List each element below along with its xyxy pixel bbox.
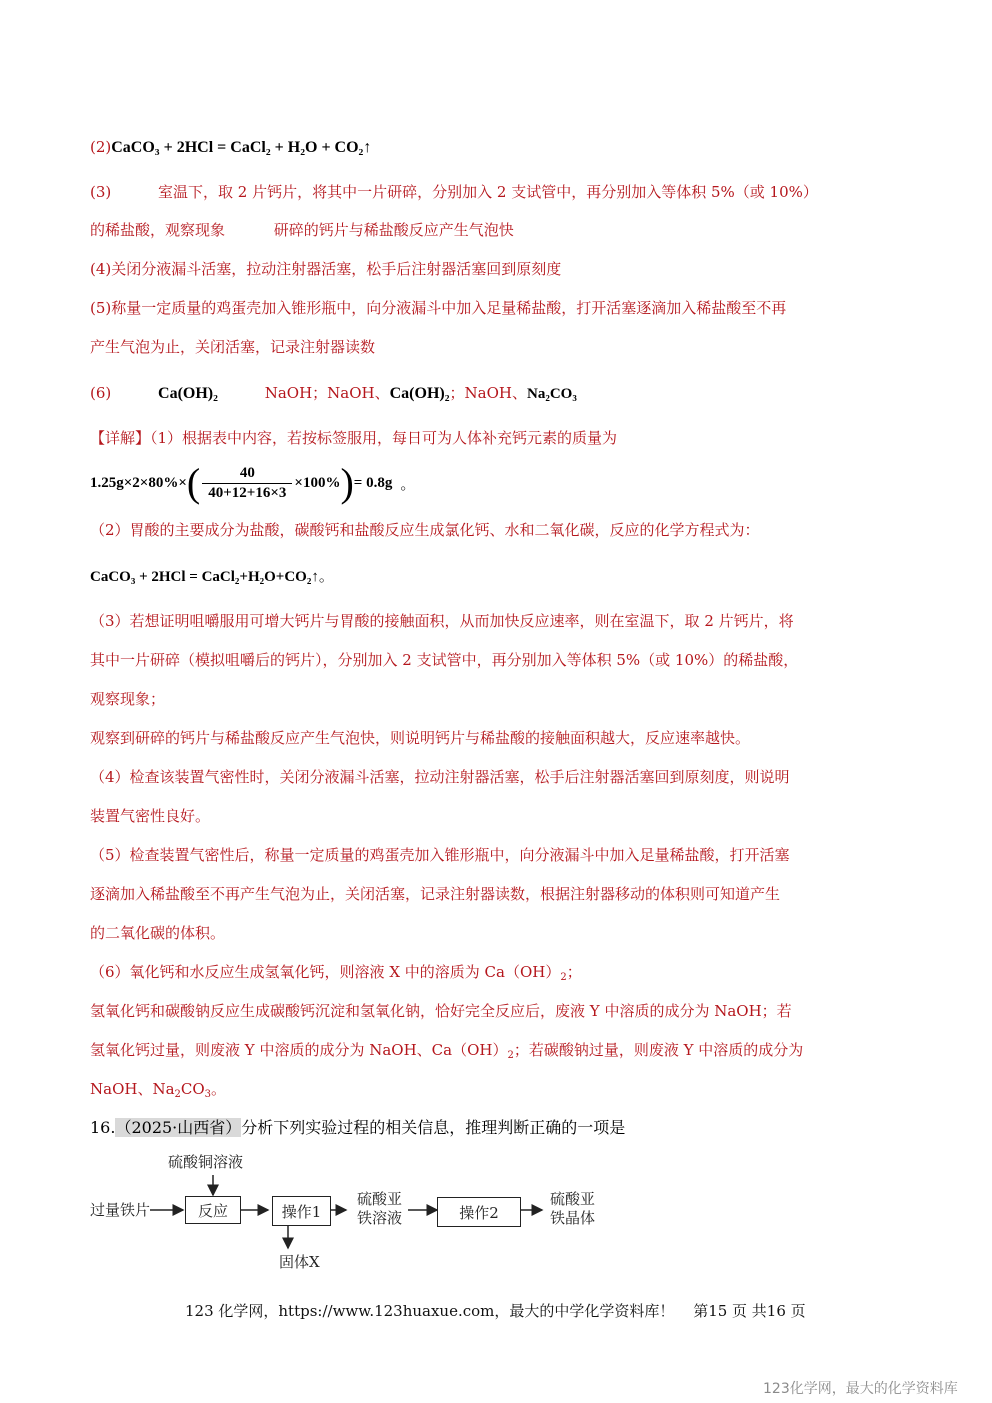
- explanation-5-line3: 的二氧化碳的体积。: [90, 923, 225, 943]
- page-footer: 123 化学网，https://www.123huaxue.com，最大的中学化…: [185, 1300, 806, 1321]
- mid-label-line1: 硫酸亚: [357, 1190, 402, 1209]
- fraction-denominator: 40+12+16×3: [202, 484, 292, 502]
- formula-fraction: 40 40+12+16×3: [202, 465, 292, 502]
- explanation-6-line1: （6）氧化钙和水反应生成氢氧化钙，则溶液 X 中的溶质为 Ca（OH）2；: [90, 962, 582, 982]
- explanation-6-text4c: CO: [181, 1080, 205, 1098]
- footer-page-info: 第15 页 共16 页: [693, 1302, 805, 1320]
- explanation-6-text4e: 。: [211, 1080, 226, 1098]
- explanation-1-text: （1）根据表中内容，若按标签服用，每日可为人体补充钙元素的质量为: [150, 429, 617, 447]
- explanation-6-text4a: NaOH、Na: [90, 1080, 175, 1098]
- input-copper-sulfate: 硫酸铜溶液: [168, 1153, 243, 1172]
- answer-6-part-b: Ca(OH)₂: [390, 385, 450, 402]
- explanation-5-line1: （5）检查装置气密性后，称量一定质量的鸡蛋壳加入锥形瓶中，向分液漏斗中加入足量稀…: [90, 845, 790, 865]
- paren-close: ): [340, 463, 353, 503]
- box-operation-1: 操作1: [272, 1196, 331, 1226]
- answer-6-part-c: ；NaOH、: [450, 384, 527, 402]
- explanation-3-line4: 观察到研碎的钙片与稀盐酸反应产生气泡快，则说明钙片与稀盐酸的接触面积越大，反应速…: [90, 728, 750, 748]
- final-label-line1: 硫酸亚: [550, 1190, 595, 1209]
- answer-6-label: (6): [90, 384, 111, 402]
- answer-3-line1: (3) 室温下，取 2 片钙片，将其中一片研碎，分别加入 2 支试管中，再分别加…: [90, 182, 818, 202]
- box-reaction: 反应: [185, 1196, 241, 1224]
- answer-2-label: (2): [90, 138, 111, 156]
- explanation-6-line4: NaOH、Na2CO3。: [90, 1079, 226, 1099]
- answer-3-text2a: 的稀盐酸，观察现象: [90, 221, 225, 239]
- answer-3-text2b: 研碎的钙片与稀盐酸反应产生气泡快: [274, 221, 514, 239]
- answer-3-line2: 的稀盐酸，观察现象 研碎的钙片与稀盐酸反应产生气泡快: [90, 220, 514, 240]
- mid-label-line2: 铁溶液: [357, 1209, 402, 1228]
- explanation-6-line3: 氢氧化钙过量，则废液 Y 中溶质的成分为 NaOH、Ca（OH）2；若碳酸钠过量…: [90, 1040, 803, 1060]
- answer-2-equation: CaCO₃ + 2HCl = CaCl₂ + H₂O + CO₂↑: [111, 139, 371, 156]
- calcium-mass-formula: 1.25g×2×80%× ( 40 40+12+16×3 ×100% ) = 0…: [90, 458, 415, 508]
- explanation-6-text3a: 氢氧化钙过量，则废液 Y 中溶质的成分为 NaOH、Ca（OH）: [90, 1041, 507, 1059]
- paren-open: (: [187, 463, 200, 503]
- output-solid-x: 固体X: [279, 1253, 320, 1272]
- answer-2: (2)CaCO₃ + 2HCl = CaCl₂ + H₂O + CO₂↑: [90, 137, 371, 158]
- answer-5-line1: (5)称量一定质量的鸡蛋壳加入锥形瓶中，向分液漏斗中加入足量稀盐酸，打开活塞逐滴…: [90, 298, 786, 318]
- formula-end: 。: [400, 473, 415, 494]
- question-16: 16.（2025·山西省）分析下列实验过程的相关信息，推理判断正确的一项是: [90, 1118, 625, 1138]
- explanation-3-line1: （3）若想证明咀嚼服用可增大钙片与胃酸的接触面积，从而加快反应速率，则在室温下，…: [90, 611, 794, 631]
- explanation-4-line1: （4）检查该装置气密性时，关闭分液漏斗活塞，拉动注射器活塞，松手后注射器活塞回到…: [90, 767, 790, 787]
- explanation-2-end: 。: [319, 567, 334, 585]
- answer-6-part-d: Na₂CO₃: [527, 386, 577, 402]
- question-source: （2025·山西省）: [115, 1118, 241, 1137]
- final-label-line2: 铁晶体: [550, 1209, 595, 1228]
- formula-result: = 0.8g: [354, 475, 393, 492]
- explanation-2-equation-line: CaCO₃ + 2HCl = CaCl₂+H₂O+CO₂↑。: [90, 566, 334, 587]
- answer-6-solute-x: Ca(OH)₂: [158, 385, 218, 402]
- formula-mid: ×100%: [294, 475, 340, 492]
- fraction-numerator: 40: [202, 465, 292, 484]
- answer-6: (6) Ca(OH)₂ NaOH；NaOH、Ca(OH)₂；NaOH、Na₂CO…: [90, 383, 577, 404]
- explanation-6-text1-end: ；: [567, 963, 582, 981]
- explanation-3-line2: 其中一片研碎（模拟咀嚼后的钙片），分别加入 2 支试管中，再分别加入等体积 5%…: [90, 650, 798, 670]
- answer-4: (4)关闭分液漏斗活塞，拉动注射器活塞，松手后注射器活塞回到原刻度: [90, 259, 561, 279]
- explanation-5-line2: 逐滴加入稀盐酸至不再产生气泡为止，关闭活塞，记录注射器读数，根据注射器移动的体积…: [90, 884, 780, 904]
- formula-left: 1.25g×2×80%×: [90, 475, 187, 492]
- explanation-4-line2: 装置气密性良好。: [90, 806, 210, 826]
- final-ferrous-sulfate-crystal: 硫酸亚 铁晶体: [550, 1190, 595, 1228]
- answer-3-label: (3): [90, 183, 111, 201]
- answer-5-line2: 产生气泡为止，关闭活塞，记录注射器读数: [90, 337, 375, 357]
- box-operation-2: 操作2: [437, 1197, 521, 1227]
- explanation-1-intro: 【详解】（1）根据表中内容，若按标签服用，每日可为人体补充钙元素的质量为: [90, 428, 617, 448]
- input-iron-pieces: 过量铁片: [90, 1201, 150, 1220]
- explanation-3-line3: 观察现象；: [90, 689, 165, 709]
- question-stem: 分析下列实验过程的相关信息，推理判断正确的一项是: [241, 1118, 625, 1137]
- intermediate-ferrous-sulfate-solution: 硫酸亚 铁溶液: [357, 1190, 402, 1228]
- watermark: 123化学网，最大的化学资料库: [763, 1378, 958, 1398]
- explanation-2-equation: CaCO₃ + 2HCl = CaCl₂+H₂O+CO₂↑: [90, 569, 319, 585]
- question-number: 16.: [90, 1118, 115, 1137]
- footer-site-text: 123 化学网，https://www.123huaxue.com，最大的中学化…: [185, 1302, 674, 1320]
- explanation-6-line2: 氢氧化钙和碳酸钠反应生成碳酸钙沉淀和氢氧化钠，恰好完全反应后，废液 Y 中溶质的…: [90, 1001, 792, 1021]
- answer-6-part-a: NaOH；NaOH、: [265, 384, 390, 402]
- explanation-6-text1: （6）氧化钙和水反应生成氢氧化钙，则溶液 X 中的溶质为 Ca（OH）: [90, 963, 560, 981]
- explanation-2-intro: （2）胃酸的主要成分为盐酸，碳酸钙和盐酸反应生成氯化钙、水和二氧化碳，反应的化学…: [90, 520, 760, 540]
- answer-3-text: 室温下，取 2 片钙片，将其中一片研碎，分别加入 2 支试管中，再分别加入等体积…: [158, 183, 818, 201]
- explanation-header: 【详解】: [90, 429, 150, 447]
- explanation-6-text3c: ；若碳酸钠过量，则废液 Y 中溶质的成分为: [514, 1041, 803, 1059]
